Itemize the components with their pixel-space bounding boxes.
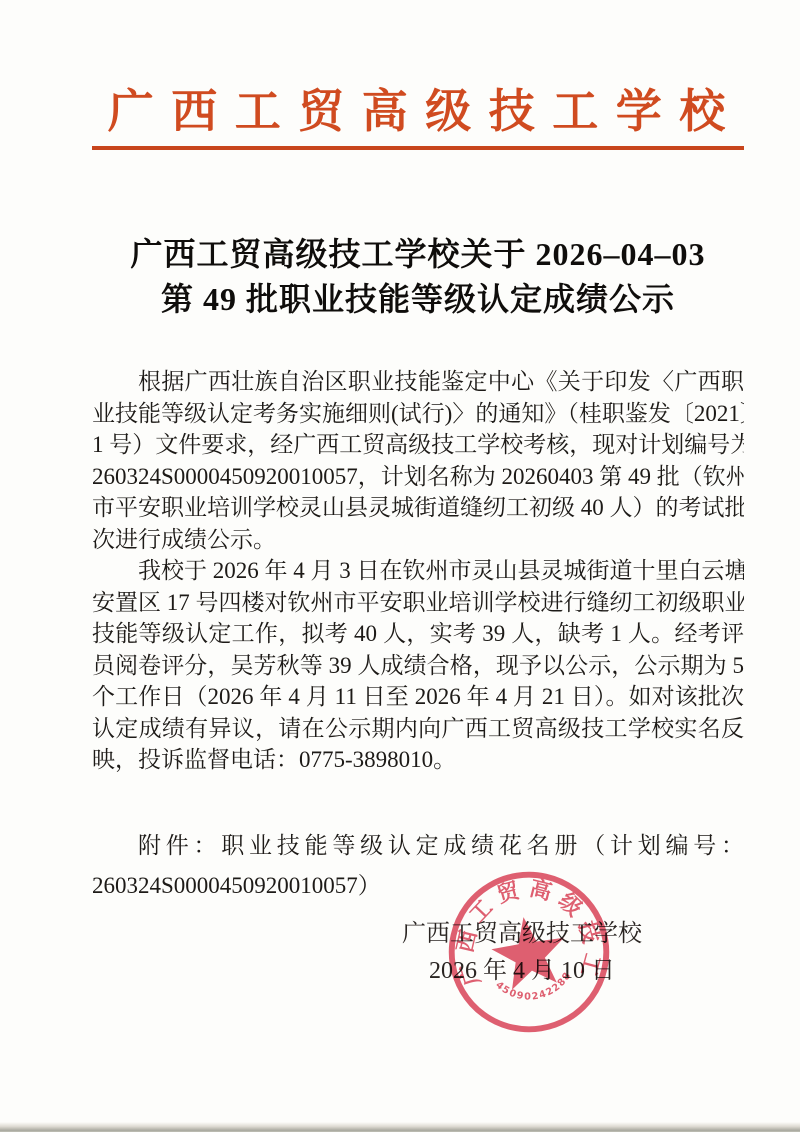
body-line: 业技能等级认定考务实施细则(试行)〉的通知》（桂职鉴发〔2021〕	[92, 398, 744, 430]
body-line: 1 号）文件要求，经广西工贸高级技工学校考核，现对计划编号为：	[92, 429, 744, 461]
attachment-line: 附件：职业技能等级认定成绩花名册（计划编号：	[92, 826, 744, 866]
body-line: 市平安职业培训学校灵山县灵城街道缝纫工初级 40 人）的考试批	[92, 492, 744, 524]
body-line: 技能等级认定工作，拟考 40 人，实考 39 人，缺考 1 人。经考评	[92, 618, 744, 650]
body-line: 认定成绩有异议，请在公示期内向广西工贸高级技工学校实名反	[92, 713, 744, 745]
body-line: 安置区 17 号四楼对钦州市平安职业培训学校进行缝纫工初级职业	[92, 587, 744, 619]
signature-org: 广西工贸高级技工学校	[387, 916, 657, 953]
body-line: 次进行成绩公示。	[92, 524, 744, 556]
scanned-notice-page: 广 西 工 贸 高 级 技 工 学 校 广西工贸高级技工学校关于 2026–04…	[0, 0, 800, 1132]
document-body: 根据广西壮族自治区职业技能鉴定中心《关于印发〈广西职 业技能等级认定考务实施细则…	[92, 366, 744, 906]
body-line: 个工作日（2026 年 4 月 11 日至 2026 年 4 月 21 日）。如…	[92, 681, 744, 713]
attachment-line: 260324S0000450920010057）	[92, 866, 744, 906]
document-title-line1: 广西工贸高级技工学校关于 2026–04–03	[92, 232, 744, 277]
letterhead-school-name: 广 西 工 贸 高 级 技 工 学 校	[92, 86, 744, 138]
paragraph-basis: 根据广西壮族自治区职业技能鉴定中心《关于印发〈广西职 业技能等级认定考务实施细则…	[92, 366, 744, 555]
letterhead-divider	[92, 146, 744, 150]
document-title: 广西工贸高级技工学校关于 2026–04–03 第 49 批职业技能等级认定成绩…	[92, 232, 744, 322]
paragraph-results: 我校于 2026 年 4 月 3 日在钦州市灵山县灵城街道十里白云塘 安置区 1…	[92, 555, 744, 776]
body-line: 我校于 2026 年 4 月 3 日在钦州市灵山县灵城街道十里白云塘	[92, 555, 744, 587]
body-line: 260324S0000450920010057，计划名称为 20260403 第…	[92, 461, 744, 493]
scan-edge-shadow	[0, 1122, 800, 1132]
signature-block: 广西工贸高级技工学校 2026 年 4 月 10 日	[387, 916, 657, 990]
attachment-note: 附件：职业技能等级认定成绩花名册（计划编号： 260324S0000450920…	[92, 826, 744, 906]
body-line: 根据广西壮族自治区职业技能鉴定中心《关于印发〈广西职	[92, 366, 744, 398]
body-line: 映，投诉监督电话：0775-3898010。	[92, 744, 744, 776]
signature-date: 2026 年 4 月 10 日	[387, 953, 657, 990]
document-title-line2: 第 49 批职业技能等级认定成绩公示	[92, 277, 744, 322]
body-line: 员阅卷评分，吴芳秋等 39 人成绩合格，现予以公示，公示期为 5	[92, 650, 744, 682]
page-content: 广 西 工 贸 高 级 技 工 学 校 广西工贸高级技工学校关于 2026–04…	[92, 0, 744, 1132]
